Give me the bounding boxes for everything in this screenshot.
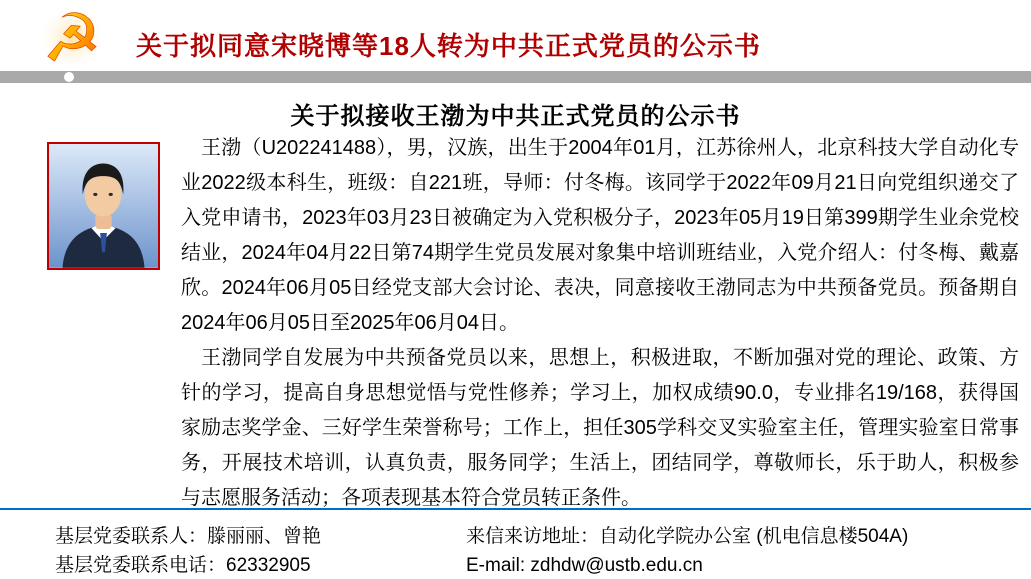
- header-bar: [0, 71, 1031, 83]
- header: ☭ 关于拟同意宋晓博等18人转为中共正式党员的公示书: [0, 0, 1031, 71]
- footer-divider: [0, 508, 1031, 510]
- address-line: 来信来访地址：自动化学院办公室 (机电信息楼504A): [466, 522, 908, 551]
- body-paragraph: 王渤（U202241488），男，汉族，出生于2004年01月，江苏徐州人，北京…: [181, 131, 1019, 341]
- banner-title: 关于拟同意宋晓博等18人转为中共正式党员的公示书: [136, 26, 761, 63]
- bar-dot-icon: [64, 72, 74, 82]
- contact-phone-line: 基层党委联系电话：62332905: [55, 551, 321, 579]
- notice-body: 王渤（U202241488），男，汉族，出生于2004年01月，江苏徐州人，北京…: [181, 131, 1019, 516]
- party-emblem-icon: ☭: [36, 2, 108, 72]
- body-paragraph: 王渤同学自发展为中共预备党员以来，思想上，积极进取，不断加强对党的理论、政策、方…: [181, 341, 1019, 516]
- footer-address-block: 来信来访地址：自动化学院办公室 (机电信息楼504A) E-mail: zdhd…: [466, 522, 908, 579]
- portrait-photo: [47, 142, 160, 270]
- announcement-slide: ☭ 关于拟同意宋晓博等18人转为中共正式党员的公示书 关于拟接收王渤为中共正式党…: [0, 0, 1031, 579]
- notice-title: 关于拟接收王渤为中共正式党员的公示书: [0, 96, 1031, 131]
- email-line: E-mail: zdhdw@ustb.edu.cn: [466, 551, 908, 579]
- contact-person-line: 基层党委联系人：滕丽丽、曾艳: [55, 522, 321, 551]
- svg-text:☭: ☭: [42, 2, 101, 74]
- footer-contact-block: 基层党委联系人：滕丽丽、曾艳 基层党委联系电话：62332905: [55, 522, 321, 579]
